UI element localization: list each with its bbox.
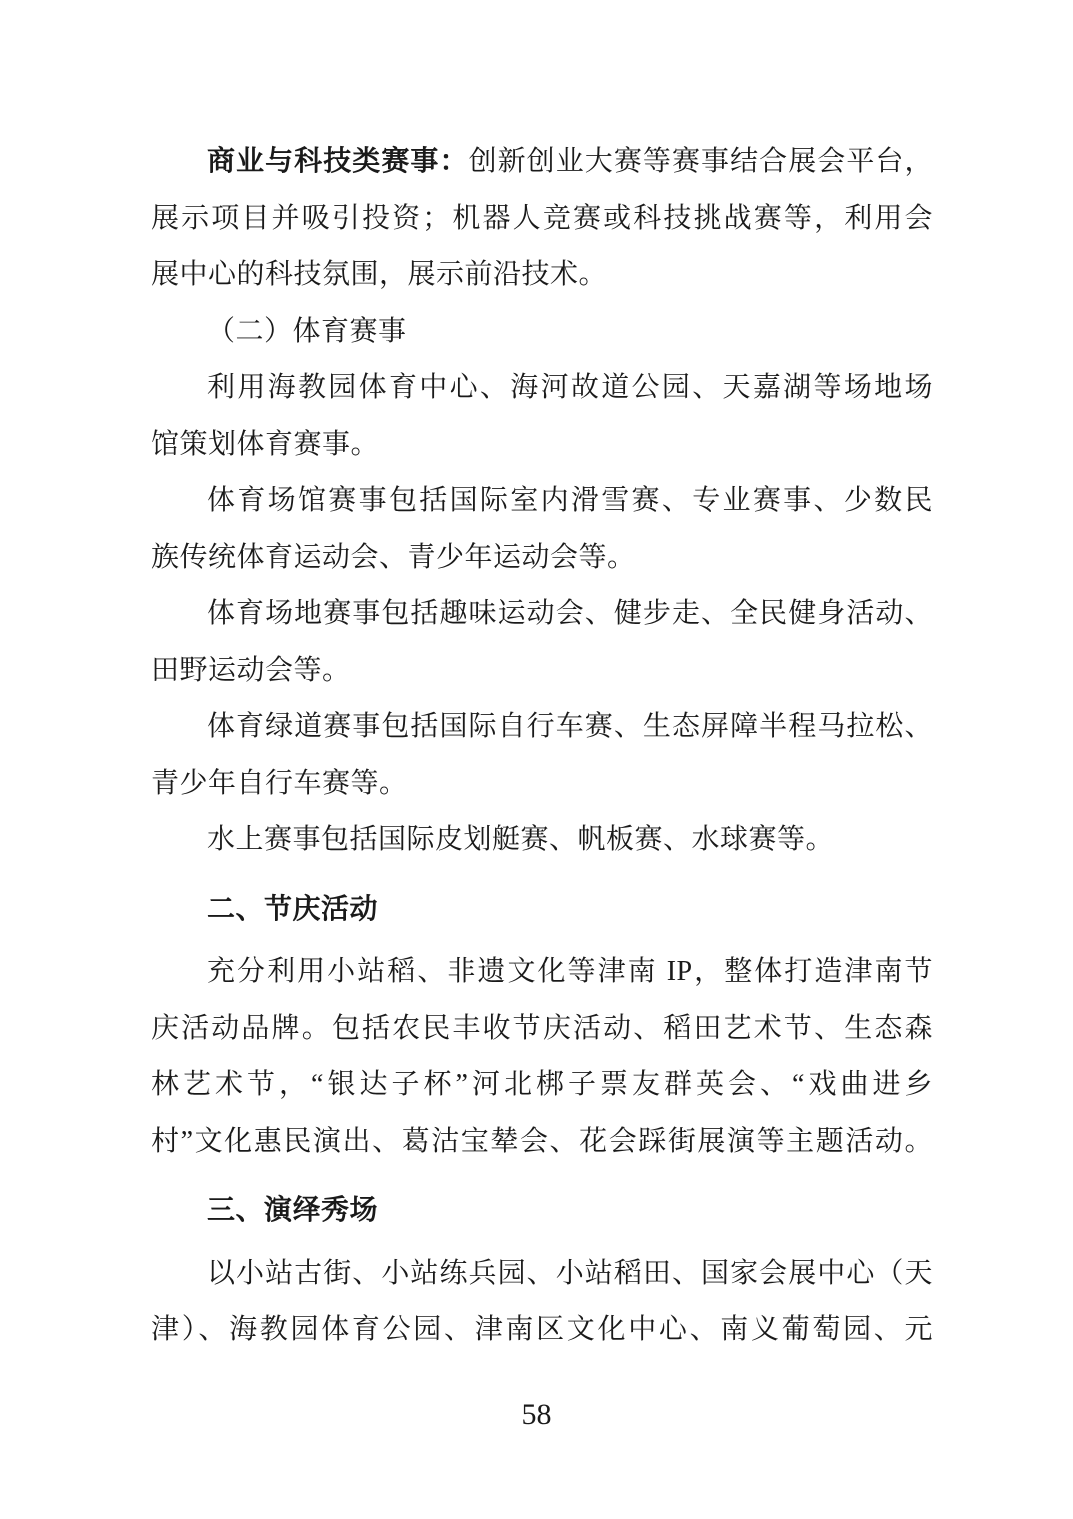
paragraph-text: 创新创业大赛等赛事结合展会平台， xyxy=(469,146,933,177)
text-line: 馆策划体育赛事。 xyxy=(151,417,933,474)
text-line: 青少年自行车赛等。 xyxy=(151,756,933,813)
text-line: 村”文化惠民演出、葛沽宝辇会、花会踩街展演等主题活动。 xyxy=(151,1114,933,1171)
text-line: 利用海教园体育中心、海河故道公园、天嘉湖等场地场 xyxy=(151,360,933,417)
text-line: 林艺术节，“银达子杯”河北梆子票友群英会、“戏曲进乡 xyxy=(151,1057,933,1114)
text-line: 津）、海教园体育公园、津南区文化中心、南义葡萄园、元 xyxy=(151,1302,933,1359)
text-line: 以小站古街、小站练兵园、小站稻田、国家会展中心（天 xyxy=(151,1246,933,1303)
text-line: 体育场地赛事包括趣味运动会、健步走、全民健身活动、 xyxy=(151,586,933,643)
page-number: 58 xyxy=(0,1399,1073,1431)
text-line: 水上赛事包括国际皮划艇赛、帆板赛、水球赛等。 xyxy=(151,812,933,869)
document-body: 商业与科技类赛事：创新创业大赛等赛事结合展会平台， 展示项目并吸引投资；机器人竞… xyxy=(151,134,933,1359)
text-line: 展中心的科技氛围，展示前沿技术。 xyxy=(151,247,933,304)
text-line: 充分利用小站稻、非遗文化等津南 IP，整体打造津南节 xyxy=(151,944,933,1001)
section-heading-festivals: 二、节庆活动 xyxy=(151,882,933,939)
text-line: 族传统体育运动会、青少年运动会等。 xyxy=(151,530,933,587)
text-line: 展示项目并吸引投资；机器人竞赛或科技挑战赛等，利用会 xyxy=(151,191,933,248)
text-line: 体育场馆赛事包括国际室内滑雪赛、专业赛事、少数民 xyxy=(151,473,933,530)
text-line: 庆活动品牌。包括农民丰收节庆活动、稻田艺术节、生态森 xyxy=(151,1001,933,1058)
text-line: 田野运动会等。 xyxy=(151,643,933,700)
text-line: 商业与科技类赛事：创新创业大赛等赛事结合展会平台， xyxy=(151,134,933,191)
subsection-heading: （二）体育赛事 xyxy=(151,304,933,361)
document-page: 商业与科技类赛事：创新创业大赛等赛事结合展会平台， 展示项目并吸引投资；机器人竞… xyxy=(0,0,1073,1519)
section-heading-shows: 三、演绎秀场 xyxy=(151,1183,933,1240)
paragraph-lead: 商业与科技类赛事： xyxy=(207,146,469,177)
text-line: 体育绿道赛事包括国际自行车赛、生态屏障半程马拉松、 xyxy=(151,699,933,756)
